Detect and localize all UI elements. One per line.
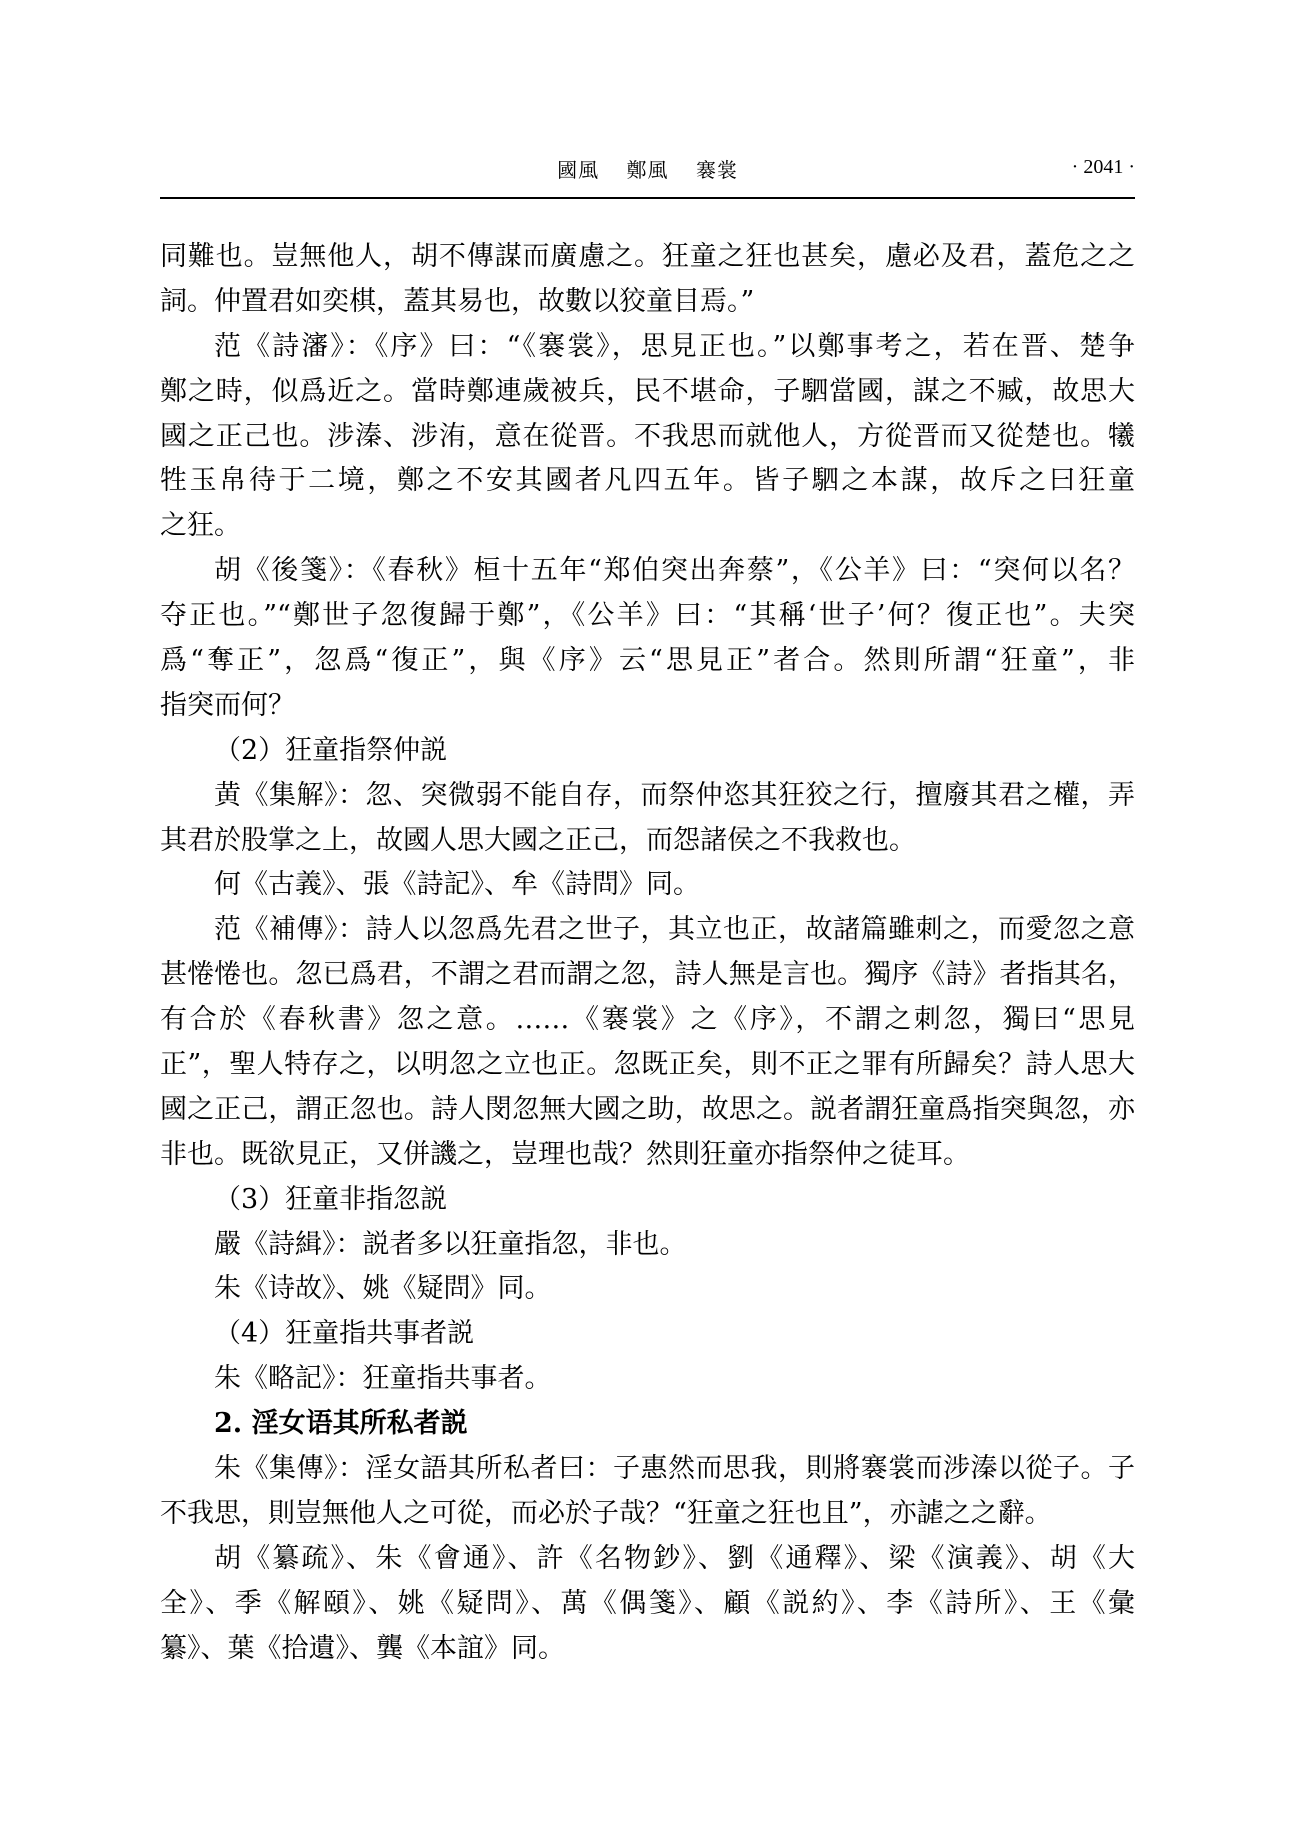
text-line: 全》、季《解頤》、姚《疑問》、萬《偶箋》、顧《説約》、李《詩所》、王《彙 bbox=[160, 1582, 1135, 1627]
running-title: 國風 鄭風 褰裳 bbox=[160, 154, 1135, 183]
text-line: （2）狂童指祭仲説 bbox=[160, 729, 1135, 774]
text-line: 胡《纂疏》、朱《會通》、許《名物鈔》、劉《通釋》、梁《演義》、胡《大 bbox=[160, 1537, 1135, 1582]
text-line: 有合於《春秋書》忽之意。……《褰裳》之《序》，不謂之刺忽，獨曰“思見 bbox=[160, 998, 1135, 1043]
page-number: · 2041 · bbox=[1072, 156, 1135, 179]
text-line: 2. 淫女语其所私者説 bbox=[160, 1402, 1135, 1447]
text-line: 國之正己，謂正忽也。詩人閔忽無大國之助，故思之。説者謂狂童爲指突與忽，亦 bbox=[160, 1088, 1135, 1133]
text-line: 不我思，則豈無他人之可從，而必於子哉？“狂童之狂也且”，亦謔之之辭。 bbox=[160, 1492, 1135, 1537]
text-line: 之狂。 bbox=[160, 504, 1135, 549]
text-line: 朱《略記》：狂童指共事者。 bbox=[160, 1357, 1135, 1402]
text-line: 指突而何？ bbox=[160, 684, 1135, 729]
text-line: 何《古義》、張《詩記》、牟《詩問》同。 bbox=[160, 863, 1135, 908]
text-line: （4）狂童指共事者説 bbox=[160, 1312, 1135, 1357]
text-line: 非也。既欲見正，又併譏之，豈理也哉？然則狂童亦指祭仲之徒耳。 bbox=[160, 1133, 1135, 1178]
text-line: 黄《集解》：忽、突微弱不能自存，而祭仲恣其狂狡之行，擅廢其君之權，弄 bbox=[160, 774, 1135, 819]
text-line: 胡《後箋》：《春秋》桓十五年“郑伯突出奔蔡”，《公羊》曰：“突何以名？ bbox=[160, 549, 1135, 594]
text-line: 夺正也。”“鄭世子忽復歸于鄭”，《公羊》曰：“其稱‘世子’何？復正也”。夫突 bbox=[160, 594, 1135, 639]
body-text: 同難也。豈無他人，胡不傳謀而廣慮之。狂童之狂也甚矣，慮必及君，蓋危之之詞。仲置君… bbox=[160, 235, 1135, 1672]
text-line: 詞。仲置君如奕棋，蓋其易也，故數以狡童目焉。” bbox=[160, 280, 1135, 325]
running-title-part: 國風 bbox=[557, 158, 599, 182]
text-line: 纂》、葉《拾遺》、龔《本誼》同。 bbox=[160, 1627, 1135, 1672]
text-line: 朱《集傳》：淫女語其所私者曰：子惠然而思我，則將褰裳而涉溱以從子。子 bbox=[160, 1447, 1135, 1492]
text-line: 朱《诗故》、姚《疑問》同。 bbox=[160, 1267, 1135, 1312]
page-header: 國風 鄭風 褰裳 · 2041 · bbox=[160, 150, 1135, 190]
text-line: 范《詩瀋》：《序》曰：“《褰裳》，思見正也。”以鄭事考之，若在晋、楚争 bbox=[160, 325, 1135, 370]
text-line: （3）狂童非指忽説 bbox=[160, 1178, 1135, 1223]
text-line: 甚惓惓也。忽已爲君，不謂之君而謂之忽，詩人無是言也。獨序《詩》者指其名， bbox=[160, 953, 1135, 998]
header-rule bbox=[160, 197, 1135, 199]
running-title-part: 鄭風 bbox=[627, 158, 669, 182]
text-line: 嚴《詩緝》：説者多以狂童指忽，非也。 bbox=[160, 1223, 1135, 1268]
text-line: 國之正己也。涉溱、涉洧，意在從晋。不我思而就他人，方從晋而又從楚也。犧 bbox=[160, 415, 1135, 460]
text-line: 正”，聖人特存之，以明忽之立也正。忽既正矣，則不正之罪有所歸矣？詩人思大 bbox=[160, 1043, 1135, 1088]
text-line: 鄭之時，似爲近之。當時鄭連歲被兵，民不堪命，子駟當國，謀之不臧，故思大 bbox=[160, 370, 1135, 415]
text-line: 范《補傳》：詩人以忽爲先君之世子，其立也正，故諸篇雖刺之，而愛忽之意 bbox=[160, 908, 1135, 953]
text-line: 同難也。豈無他人，胡不傳謀而廣慮之。狂童之狂也甚矣，慮必及君，蓋危之之 bbox=[160, 235, 1135, 280]
running-title-part: 褰裳 bbox=[696, 158, 738, 182]
text-line: 其君於股掌之上，故國人思大國之正己，而怨諸侯之不我救也。 bbox=[160, 819, 1135, 864]
text-line: 牲玉帛待于二境，鄭之不安其國者凡四五年。皆子駟之本謀，故斥之曰狂童 bbox=[160, 459, 1135, 504]
text-line: 爲“奪正”，忽爲“復正”，與《序》云“思見正”者合。然則所謂“狂童”，非 bbox=[160, 639, 1135, 684]
